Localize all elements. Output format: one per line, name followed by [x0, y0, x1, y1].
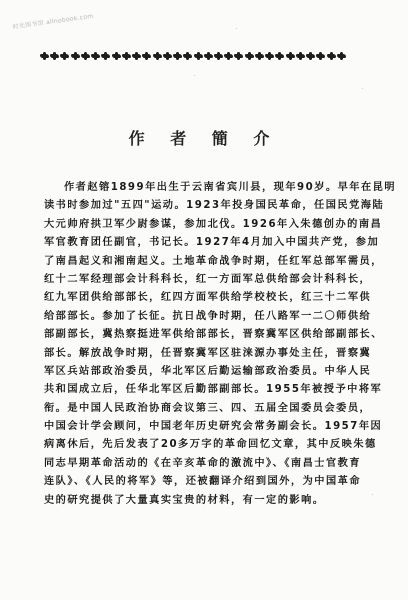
ornament-flourish-icon [214, 53, 223, 59]
ornament-flourish-icon [132, 53, 141, 59]
ornament-flourish-icon [204, 53, 213, 59]
bio-line: 红十二军经理部会计科科长，红一方面军总供给部会计科科长， [44, 271, 372, 289]
scan-speck [194, 75, 195, 76]
bio-line: 了南昌起义和湘南起义。土地革命战争时期，任红军总部军需员， [44, 253, 372, 271]
bio-line: 大元帅府拱卫军少尉参谋，参加北伐。1926年入朱德创办的南昌 [44, 216, 372, 234]
decorative-border [40, 50, 346, 62]
ornament-flourish-icon [91, 53, 100, 59]
ornament-flourish-icon [275, 53, 284, 59]
ornament-flourish-icon [245, 53, 254, 59]
ornament-flourish-icon [337, 53, 346, 59]
ornament-flourish-icon [60, 53, 69, 59]
ornament-flourish-icon [234, 53, 243, 59]
ornament-flourish-icon [112, 53, 121, 59]
ornament-flourish-icon [40, 53, 49, 59]
ornament-flourish-icon [71, 53, 80, 59]
page-title: 作 者 簡 介 [0, 126, 408, 149]
ornament-flourish-icon [327, 53, 336, 59]
ornament-flourish-icon [122, 53, 131, 59]
ornament-flourish-icon [163, 53, 172, 59]
bio-line: 部长。解放战争时期，任晋察冀军区驻涞源办事处主任，晋察冀 [44, 345, 372, 363]
ornament-flourish-icon [265, 53, 274, 59]
bio-line: 共和国成立后，任华北军区后勤部副部长。1955年被授予中将军 [44, 381, 372, 399]
bio-line: 作者赵镕1899年出生于云南省宾川县，现年90岁。早年在昆明 [44, 179, 372, 197]
bio-line: 军官教育团任副官，书记长。1927年4月加入中国共产党，参加 [44, 234, 372, 252]
bio-line: 红九军团供给部部长，红四方面军供给学校校长，红三十二军供 [44, 289, 372, 307]
watermark-text: 时光图书馆 allnobook.com [12, 11, 94, 31]
author-bio: 作者赵镕1899年出生于云南省宾川县，现年90岁。早年在昆明 读书时参加过"五四… [44, 179, 372, 510]
bio-line: 读书时参加过"五四"运动。1923年投身国民革命，任国民党海陆 [44, 197, 372, 215]
ornament-flourish-icon [194, 53, 203, 59]
ornament-flourish-icon [286, 53, 295, 59]
ornament-flourish-icon [224, 53, 233, 59]
ornament-flourish-icon [173, 53, 182, 59]
bio-line: 给部部长。参加了长征。抗日战争时期，任八路军一二〇师供给 [44, 308, 372, 326]
scan-speck [362, 88, 363, 89]
bio-line: 连队》、《人民的将军》等，还被翻译介绍到国外，为中国革命 [44, 473, 372, 491]
ornament-flourish-icon [50, 53, 59, 59]
bio-line: 军区兵站部政治委员，华北军区后勤运输部政治委员。中华人民 [44, 363, 372, 381]
ornament-flourish-icon [183, 53, 192, 59]
bio-line: 中国会计学会顾问，中国老年历史研究会常务副会长。1957年因 [44, 418, 372, 436]
ornament-flourish-icon [153, 53, 162, 59]
bio-line: 部副部长，冀热察挺进军供给部部长，晋察冀军区供给部副部长、 [44, 326, 372, 344]
ornament-flourish-icon [316, 53, 325, 59]
ornament-flourish-icon [296, 53, 305, 59]
bio-line: 衔。是中国人民政治协商会议第三、四、五届全国委员会委员， [44, 400, 372, 418]
bio-line: 病离休后，先后发表了20多万字的革命回忆文章，其中反映朱德 [44, 436, 372, 454]
scan-speck [372, 494, 373, 495]
ornament-flourish-icon [142, 53, 151, 59]
ornament-flourish-icon [101, 53, 110, 59]
ornament-flourish-icon [306, 53, 315, 59]
ornament-flourish-icon [255, 53, 264, 59]
bio-line: 同志早期革命活动的《在辛亥革命的激流中》、《南昌士官教育 [44, 455, 372, 473]
scan-speck [236, 28, 237, 29]
ornament-flourish-icon [81, 53, 90, 59]
bio-line: 史的研究提供了大量真实宝贵的材料，有一定的影响。 [44, 492, 372, 510]
